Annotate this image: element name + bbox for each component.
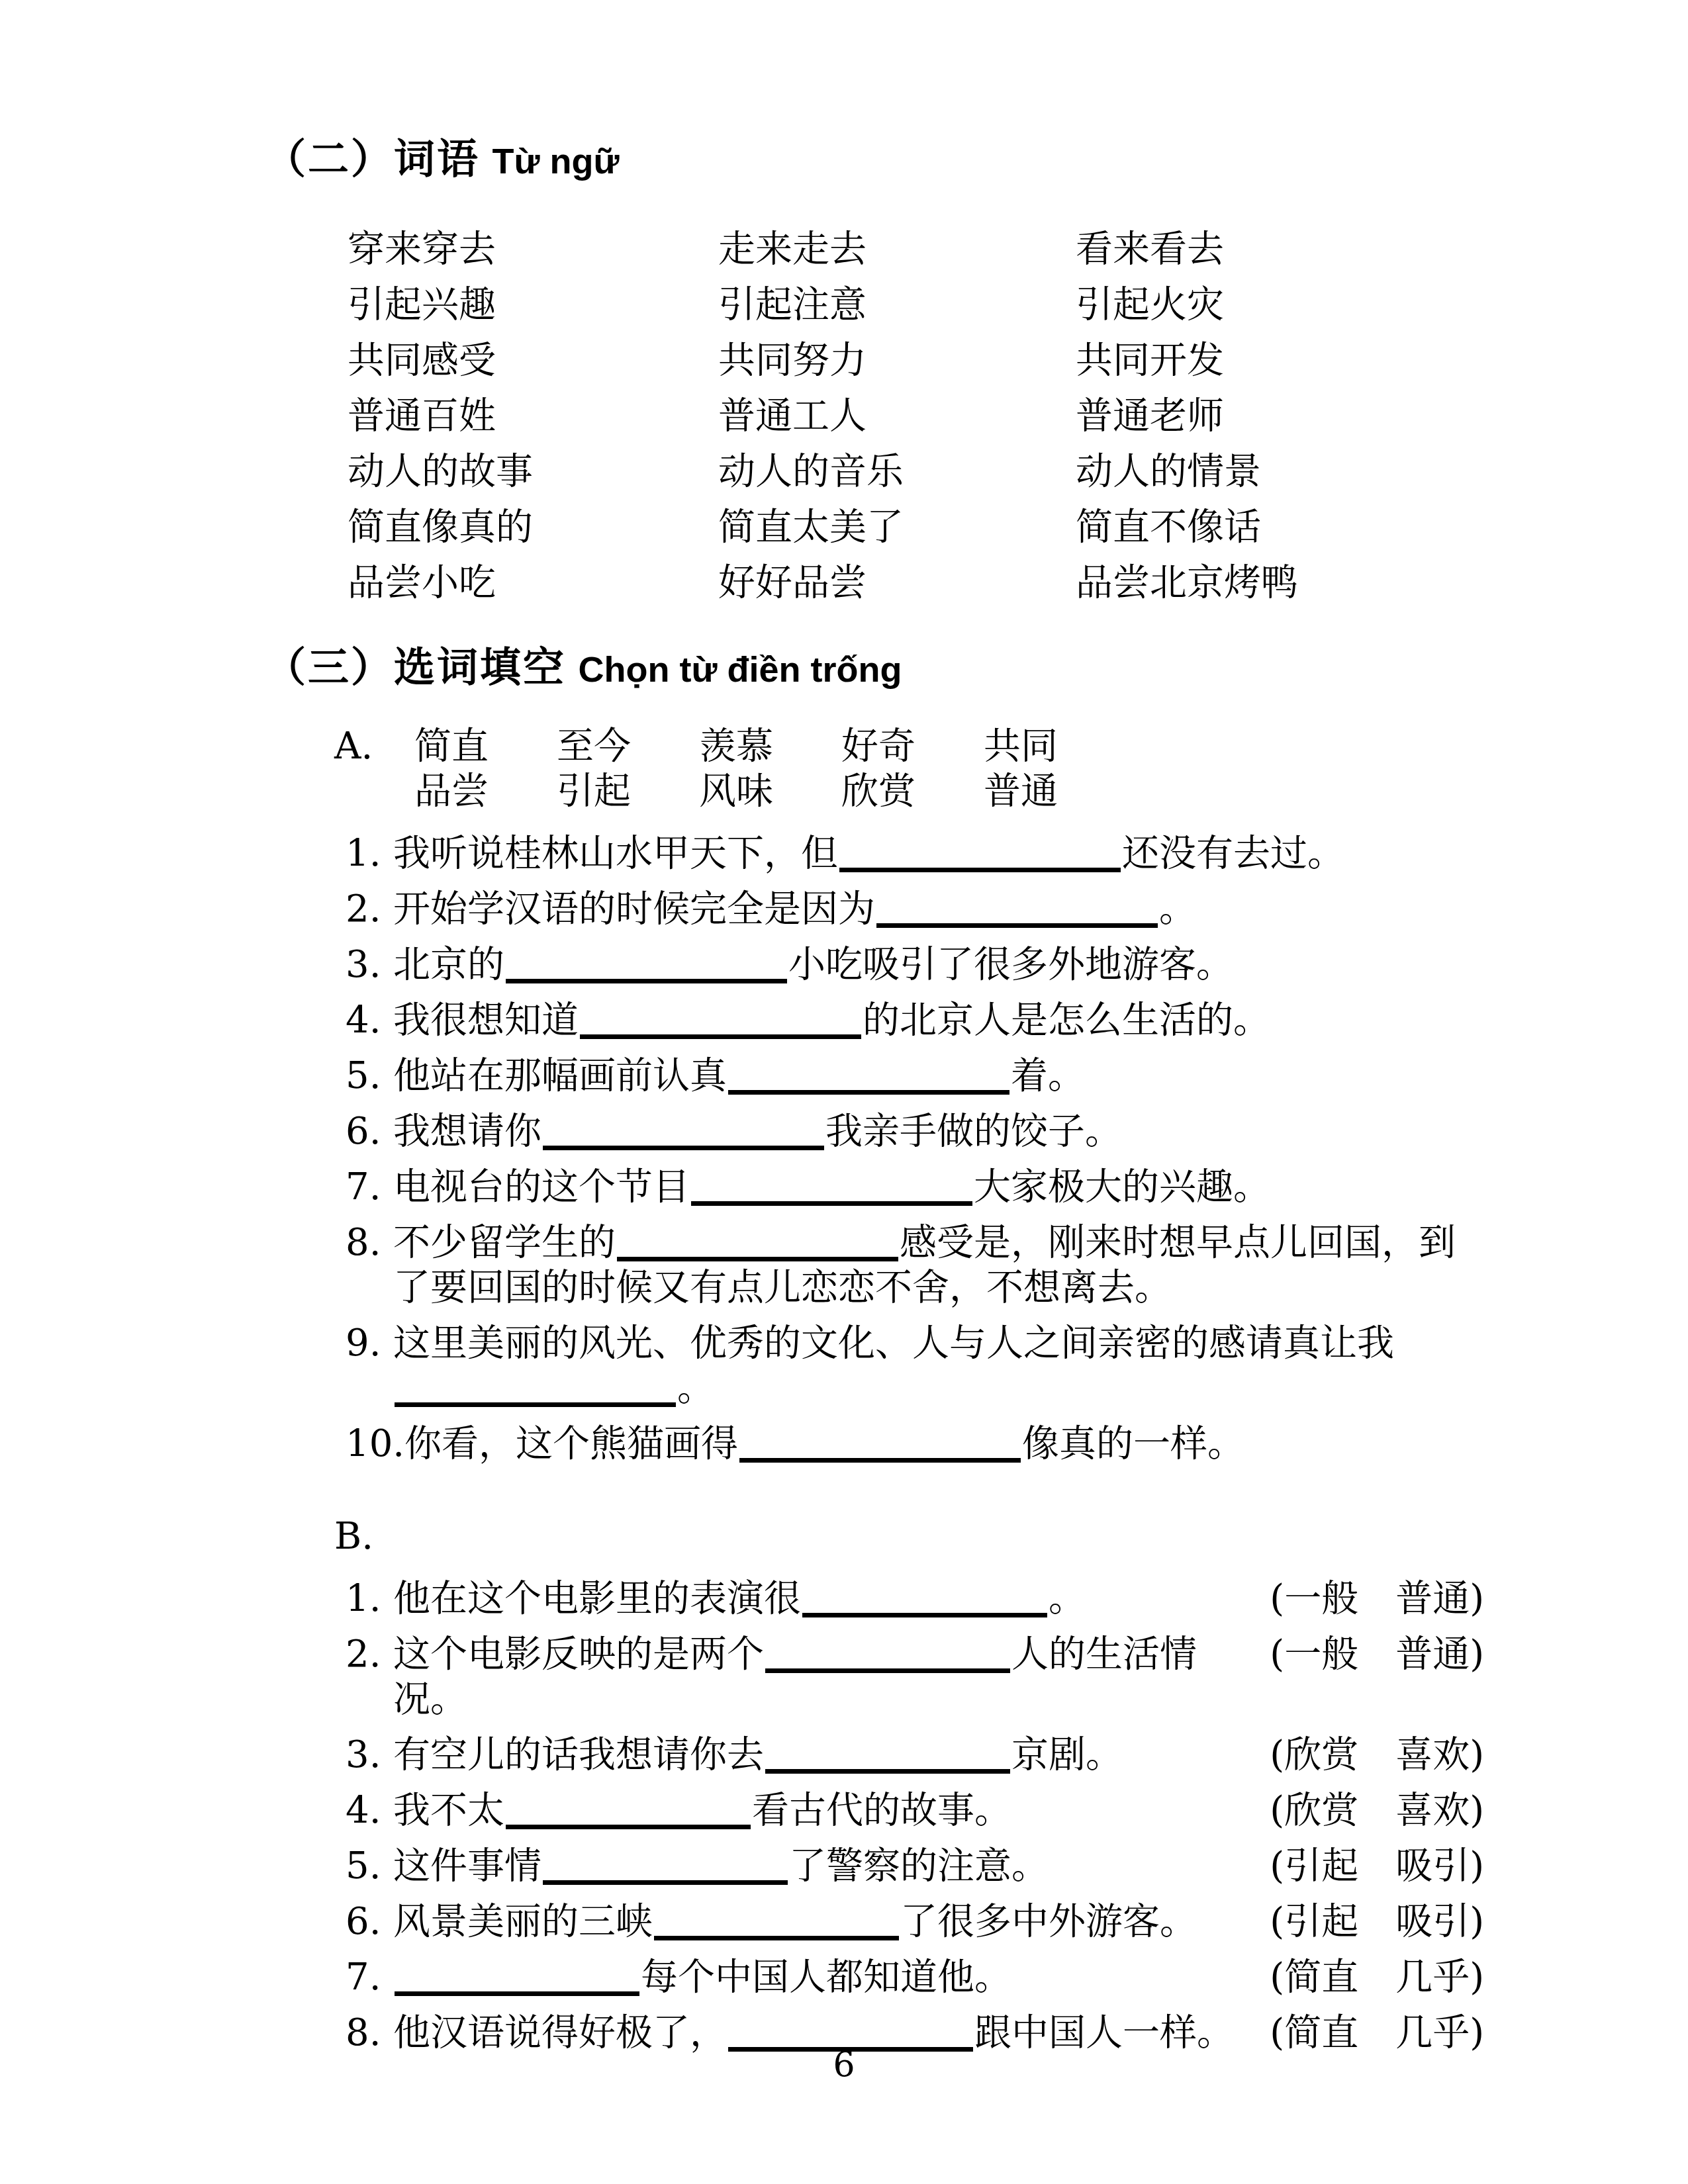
blank-line [580,1003,861,1039]
section-3-heading-zh: （三）选词填空 [265,645,566,691]
page-number: 6 [0,2045,1688,2085]
sentence-text-post: 看古代的故事。 [752,1789,1011,1832]
sentence-number: 10. [346,1422,404,1467]
sentence-number: 1. [346,831,393,876]
blank-line [543,1848,788,1885]
exercise-item: 6. 我想请你我亲手做的饺子。 [346,1109,1463,1154]
blank-line [506,947,787,983]
blank-line [395,1371,676,1407]
sentence-number: 7. [346,1955,393,2000]
choice-options: (简直 几乎) [1270,1955,1484,2000]
bank-word: 羡慕 [699,724,841,769]
bank-word: 引起 [557,769,699,814]
word-item: 共同开发 [1076,333,1688,388]
sentence-text-post: 我亲手做的饺子。 [825,1110,1122,1153]
blank-line [506,1793,751,1829]
exercise-item: 10. 你看，这个熊猫画得像真的一样。 [346,1422,1463,1467]
sentence-number: 1. [346,1576,393,1621]
sentence-text-pre: 有空儿的话我想请你去 [393,1733,764,1776]
exercise-item: 7. 每个中国人都知道他。 (简直 几乎) [346,1955,1484,2000]
word-item: 动人的情景 [1076,444,1688,500]
word-item: 普通工人 [718,388,1076,444]
sentence-number: 5. [346,1054,393,1099]
section-2-heading-zh: （二）词语 [265,137,480,183]
sentence-text-pre: 北京的 [393,943,504,986]
sentence-text-pre: 不少留学生的 [393,1221,616,1264]
bank-word: 好奇 [841,724,984,769]
part-a-label: A. [334,724,414,769]
sentence-text-pre: 这件事情 [393,1844,541,1888]
exercise-item: 5. 这件事情了警察的注意。 (引起 吸引) [346,1844,1484,1889]
word-item: 普通百姓 [348,388,718,444]
exercise-item: 1. 我听说桂林山水甲天下，但还没有去过。 [346,831,1463,876]
sentence-number: 9. [346,1321,393,1366]
bank-word: 欣赏 [841,769,984,814]
choice-options: (引起 吸引) [1270,1844,1484,1889]
sentence-text-pre: 这里美丽的风光、优秀的文化、人与人之间亲密的感请真让我 [393,1322,1394,1365]
sentence-number: 7. [346,1165,393,1210]
blank-line [839,836,1121,872]
bank-word: 至今 [557,724,699,769]
sentence-number: 6. [346,1899,393,1944]
exercise-item: 8. 不少留学生的感受是，刚来时想早点儿回国，到了要回国的时候又有点儿恋恋不舍，… [346,1220,1463,1310]
word-item: 走来走去 [718,222,1076,277]
exercise-item: 3. 有空儿的话我想请你去京剧。 (欣赏 喜欢) [346,1733,1484,1778]
sentence-text-post: 着。 [1011,1054,1085,1097]
choice-options: (一般 普通) [1270,1632,1484,1677]
sentence-text-pre: 你看，这个熊猫画得 [404,1422,738,1465]
blank-line [654,1904,899,1940]
word-item: 动人的故事 [348,444,718,500]
sentence-text-post: 。 [677,1367,714,1410]
sentence-number: 5. [346,1844,393,1889]
exercise-item: 5. 他站在那幅画前认真着。 [346,1054,1463,1099]
bank-word: 风味 [699,769,841,814]
sentence-text-post: 了警察的注意。 [789,1844,1049,1888]
blank-line [765,1737,1010,1774]
bank-word: 共同 [984,724,1126,769]
word-item: 引起注意 [718,277,1076,333]
word-item: 普通老师 [1076,388,1688,444]
blank-line [728,1058,1009,1095]
sentence-number: 4. [346,1788,393,1833]
sentence-number: 6. [346,1109,393,1154]
sentence-text-pre: 我想请你 [393,1110,541,1153]
part-b-label: B. [334,1514,1688,1559]
word-item: 引起兴趣 [348,277,718,333]
word-item: 简直太美了 [718,500,1076,555]
exercise-list-a: 1. 我听说桂林山水甲天下，但还没有去过。 2. 开始学汉语的时候完全是因为。 … [346,831,1463,1467]
sentence-text-post: 小吃吸引了很多外地游客。 [788,943,1233,986]
word-item: 品尝北京烤鸭 [1076,555,1688,611]
sentence-number: 3. [346,1733,393,1778]
sentence-number: 3. [346,942,393,987]
word-bank-a: A. 简直 至今 羡慕 好奇 共同 品尝 引起 风味 欣赏 普通 [334,724,1688,814]
sentence-text-post: 的北京人是怎么生活的。 [863,999,1270,1042]
choice-options: (一般 普通) [1270,1576,1484,1621]
exercise-item: 2. 开始学汉语的时候完全是因为。 [346,887,1463,932]
section-3-heading: （三）选词填空 Chọn từ điền trống [265,644,1688,693]
blank-line [802,1581,1047,1617]
sentence-text-post: 。 [1159,887,1196,931]
sentence-number: 2. [346,887,393,932]
exercise-item: 3. 北京的小吃吸引了很多外地游客。 [346,942,1463,987]
word-item: 共同感受 [348,333,718,388]
sentence-text-post: 还没有去过。 [1122,832,1344,875]
exercise-item: 9. 这里美丽的风光、优秀的文化、人与人之间亲密的感请真让我。 [346,1321,1463,1411]
exercise-item: 4. 我很想知道的北京人是怎么生活的。 [346,998,1463,1043]
bank-spacer [334,769,414,814]
exercise-item: 6. 风景美丽的三峡了很多中外游客。 (引起 吸引) [346,1899,1484,1944]
blank-line [395,1960,639,1996]
sentence-number: 4. [346,998,393,1043]
exercise-list-b: 1. 他在这个电影里的表演很。 (一般 普通) 2. 这个电影反映的是两个人的生… [346,1576,1484,2056]
sentence-text-pre: 电视台的这个节目 [393,1165,690,1208]
word-item: 简直像真的 [348,500,718,555]
bank-word: 普通 [984,769,1126,814]
choice-options: (欣赏 喜欢) [1270,1733,1484,1778]
sentence-text-pre: 开始学汉语的时候完全是因为 [393,887,875,931]
blank-line [543,1114,824,1150]
bank-word: 品尝 [414,769,557,814]
word-item: 共同努力 [718,333,1076,388]
choice-options: (欣赏 喜欢) [1270,1788,1484,1833]
sentence-text-post: 。 [1049,1577,1086,1620]
blank-line [876,891,1158,928]
word-item: 好好品尝 [718,555,1076,611]
choice-options: (引起 吸引) [1270,1899,1484,1944]
exercise-item: 4. 我不太看古代的故事。 (欣赏 喜欢) [346,1788,1484,1833]
word-item: 穿来穿去 [348,222,718,277]
sentence-number: 8. [346,1220,393,1265]
sentence-text-post: 大家极大的兴趣。 [974,1165,1270,1208]
blank-line [765,1637,1010,1673]
sentence-text-post: 每个中国人都知道他。 [641,1956,1011,1999]
word-item: 引起火灾 [1076,277,1688,333]
sentence-text-pre: 我不太 [393,1789,504,1832]
section-3-heading-vi: Chọn từ điền trống [578,650,902,690]
exercise-item: 2. 这个电影反映的是两个人的生活情况。 (一般 普通) [346,1632,1484,1722]
sentence-text-post: 了很多中外游客。 [900,1900,1197,1943]
word-item: 看来看去 [1076,222,1688,277]
sentence-text-pre: 他在这个电影里的表演很 [393,1577,801,1620]
sentence-text-post: 京剧。 [1011,1733,1123,1776]
exercise-item: 1. 他在这个电影里的表演很。 (一般 普通) [346,1576,1484,1621]
word-item: 动人的音乐 [718,444,1076,500]
sentence-text-pre: 这个电影反映的是两个 [393,1633,764,1676]
word-item: 简直不像话 [1076,500,1688,555]
exercise-item: 7. 电视台的这个节目大家极大的兴趣。 [346,1165,1463,1210]
bank-word: 简直 [414,724,557,769]
section-2-heading-vi: Từ ngữ [492,142,619,181]
sentence-text-post: 像真的一样。 [1022,1422,1244,1465]
sentence-number: 2. [346,1632,393,1677]
section-2-heading: （二）词语 Từ ngữ [265,0,1688,185]
blank-line [739,1426,1021,1463]
word-list: 穿来穿去 走来走去 看来看去 引起兴趣 引起注意 引起火灾 共同感受 共同努力 … [348,222,1688,611]
worksheet-page: （二）词语 Từ ngữ 穿来穿去 走来走去 看来看去 引起兴趣 引起注意 引起… [0,0,1688,2184]
blank-line [691,1169,972,1206]
sentence-text-pre: 他站在那幅画前认真 [393,1054,727,1097]
sentence-text-pre: 我很想知道 [393,999,579,1042]
word-item: 品尝小吃 [348,555,718,611]
sentence-text-pre: 我听说桂林山水甲天下，但 [393,832,838,875]
sentence-text-pre: 风景美丽的三峡 [393,1900,653,1943]
blank-line [617,1225,898,1261]
